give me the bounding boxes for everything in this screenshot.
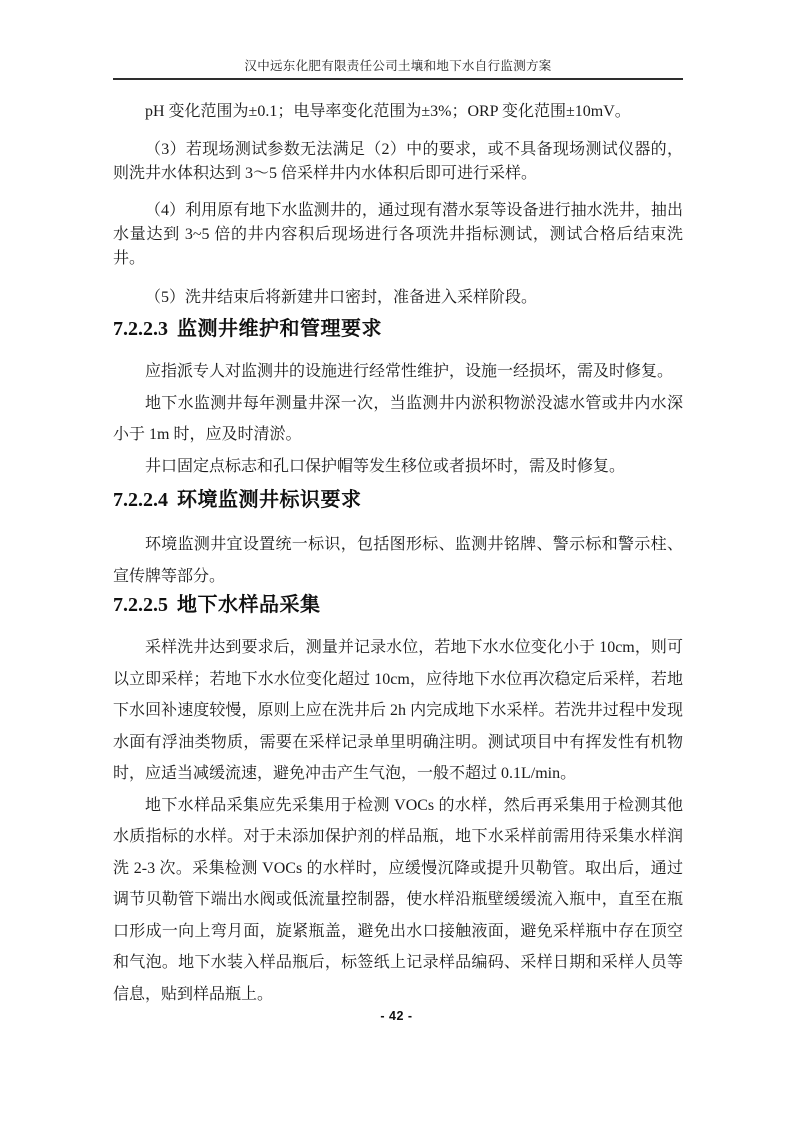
section-heading-7-2-2-3: 7.2.2.3监测井维护和管理要求 [113,316,683,342]
header-rule [113,78,683,80]
document-body: pH 变化范围为±0.1；电导率变化范围为±3%；ORP 变化范围±10mV。 … [113,100,683,1010]
page-header: 汉中远东化肥有限责任公司土壤和地下水自行监测方案 [113,0,683,80]
body-paragraph-maintenance-2: 地下水监测井每年测量井深一次，当监测井内淤积物淤没滤水管或井内水深小于 1m 时… [113,388,683,451]
body-paragraph-sampling-2: 地下水样品采集应先采集用于检测 VOCs 的水样，然后再采集用于检测其他水质指标… [113,790,683,1011]
page-footer: - 42 - [0,1007,793,1025]
body-paragraph-item-4: （4）利用原有地下水监测井的，通过现有潜水泵等设备进行抽水洗井，抽出水量达到 3… [113,199,683,271]
section-number: 7.2.2.3 [113,318,168,340]
body-paragraph-item-5: （5）洗井结束后将新建井口密封，准备进入采样阶段。 [113,286,683,310]
body-paragraph-well-marking: 环境监测井宜设置统一标识，包括图形标、监测井铭牌、警示标和警示柱、宣传牌等部分。 [113,529,683,592]
page-header-title: 汉中远东化肥有限责任公司土壤和地下水自行监测方案 [113,58,683,74]
section-heading-7-2-2-4: 7.2.2.4环境监测井标识要求 [113,487,683,513]
body-paragraph-sampling-1: 采样洗井达到要求后，测量并记录水位，若地下水水位变化小于 10cm，则可以立即采… [113,632,683,790]
section-title: 监测井维护和管理要求 [177,318,382,340]
section-heading-7-2-2-5: 7.2.2.5地下水样品采集 [113,592,683,618]
body-paragraph-maintenance-1: 应指派专人对监测井的设施进行经常性维护，设施一经损坏，需及时修复。 [113,356,683,388]
document-page: 汉中远东化肥有限责任公司土壤和地下水自行监测方案 pH 变化范围为±0.1；电导… [0,0,793,1122]
body-paragraph-item-3: （3）若现场测试参数无法满足（2）中的要求，或不具备现场测试仪器的，则洗井水体积… [113,138,683,186]
section-title: 环境监测井标识要求 [177,489,362,511]
page-number: - 42 - [380,1009,412,1023]
section-title: 地下水样品采集 [177,594,321,616]
body-paragraph-maintenance-3: 井口固定点标志和孔口保护帽等发生移位或者损坏时，需及时修复。 [113,451,683,483]
section-number: 7.2.2.4 [113,489,168,511]
body-paragraph-ph-range: pH 变化范围为±0.1；电导率变化范围为±3%；ORP 变化范围±10mV。 [113,100,683,124]
section-number: 7.2.2.5 [113,594,168,616]
